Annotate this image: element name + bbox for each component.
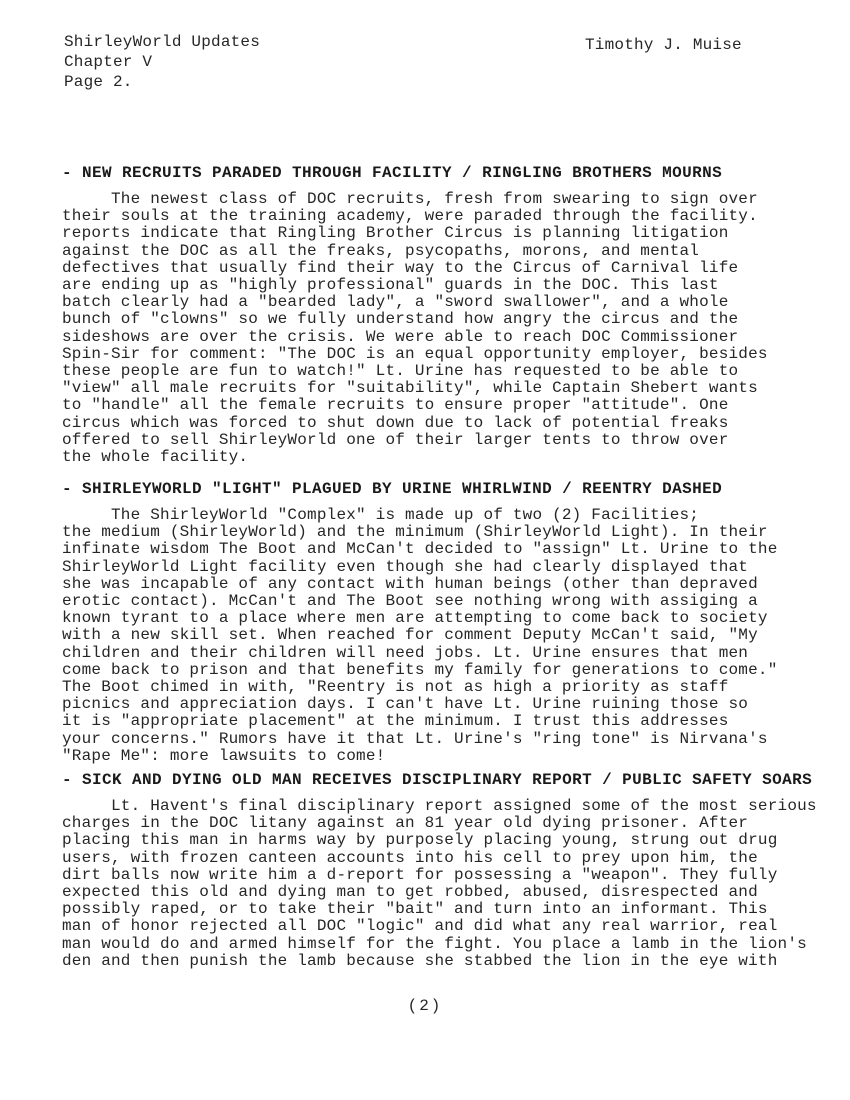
- author-name: Timothy J. Muise: [585, 35, 742, 55]
- page-number: (2): [0, 997, 850, 1015]
- section-heading: - SHIRLEYWORLD "LIGHT" PLAGUED BY URINE …: [62, 480, 832, 498]
- section-body: Lt. Havent's final disciplinary report a…: [62, 798, 832, 970]
- document-header-title: ShirleyWorld Updates Chapter V Page 2.: [64, 32, 260, 92]
- section-new-recruits: - NEW RECRUITS PARADED THROUGH FACILITY …: [62, 164, 832, 466]
- section-body: The ShirleyWorld "Complex" is made up of…: [62, 507, 832, 765]
- section-heading: - NEW RECRUITS PARADED THROUGH FACILITY …: [62, 164, 832, 182]
- section-heading: - SICK AND DYING OLD MAN RECEIVES DISCIP…: [62, 771, 832, 789]
- section-shirleyworld-light: - SHIRLEYWORLD "LIGHT" PLAGUED BY URINE …: [62, 480, 832, 765]
- section-sick-dying-old-man: - SICK AND DYING OLD MAN RECEIVES DISCIP…: [62, 771, 832, 970]
- document-page: ShirleyWorld Updates Chapter V Page 2. T…: [0, 0, 850, 1100]
- section-body: The newest class of DOC recruits, fresh …: [62, 191, 832, 466]
